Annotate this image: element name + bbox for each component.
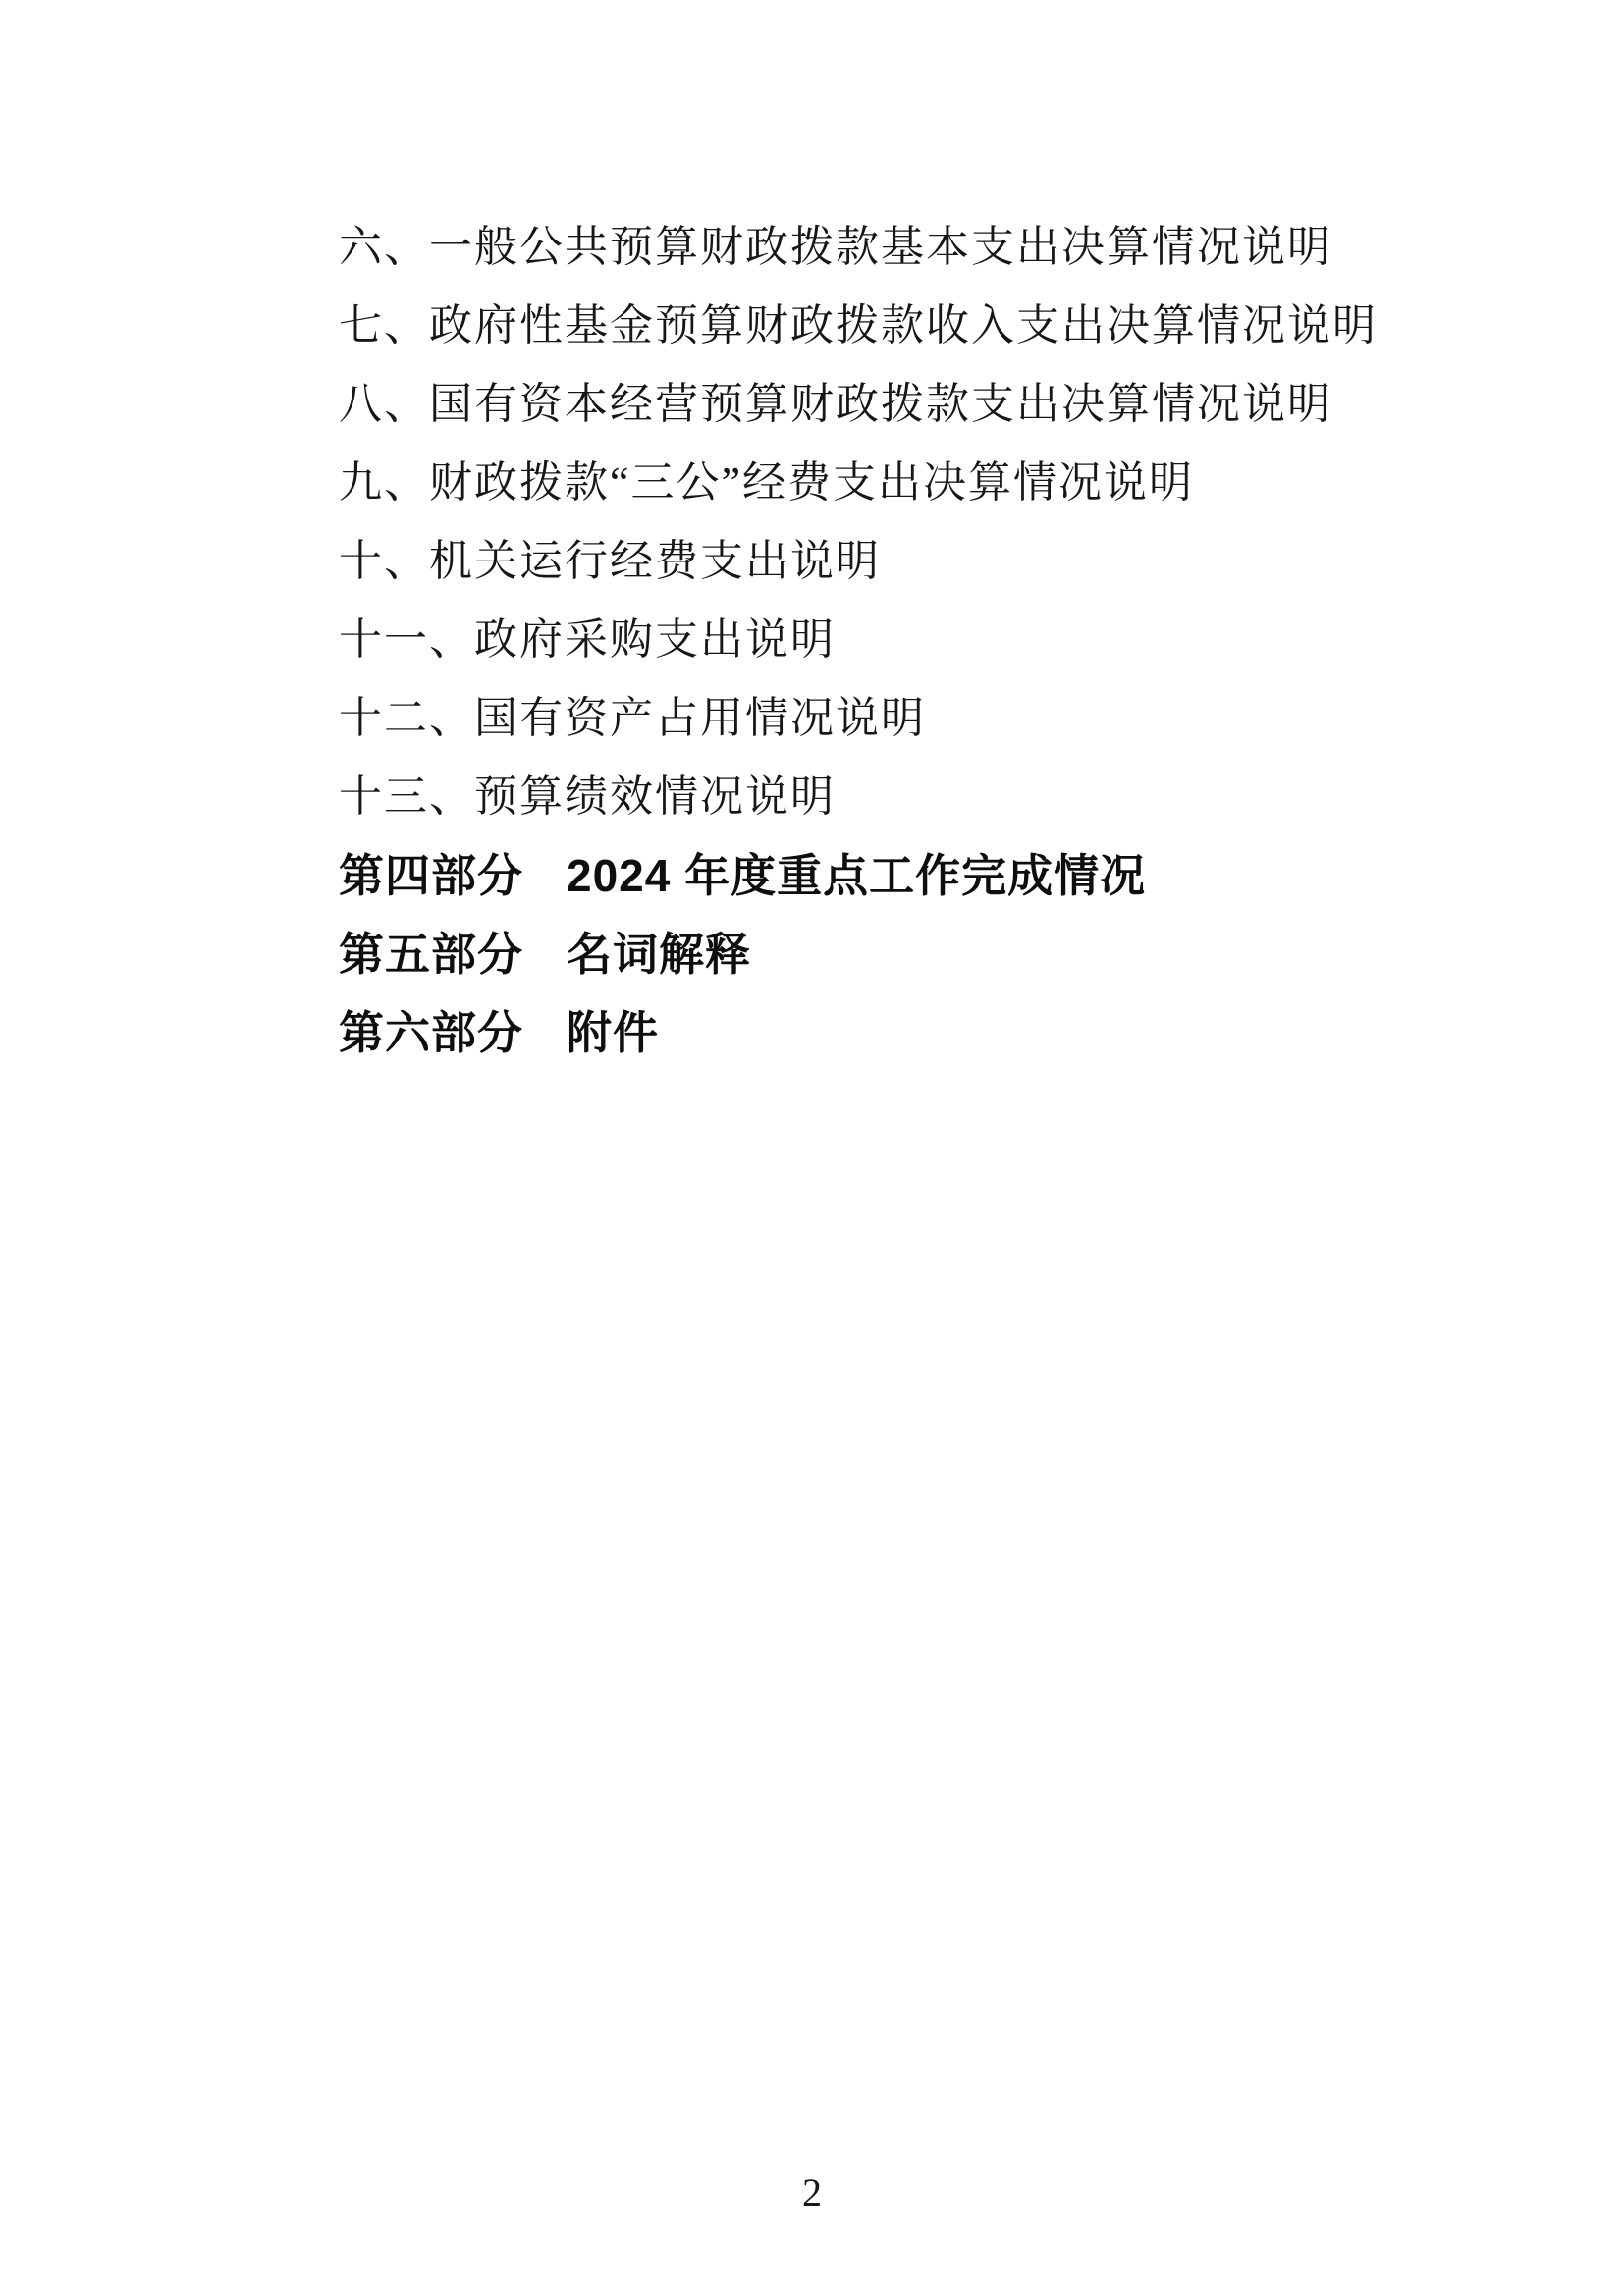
- section-title: 附件: [567, 1007, 659, 1058]
- toc-item: 十二、国有资产占用情况说明: [339, 679, 1378, 758]
- toc-item: 十三、预算绩效情况说明: [339, 758, 1378, 836]
- document-page: 六、一般公共预算财政拨款基本支出决算情况说明 七、政府性基金预算财政拨款收入支出…: [0, 0, 1624, 2296]
- toc-section-heading: 第六部分附件: [339, 993, 1378, 1072]
- table-of-contents: 六、一般公共预算财政拨款基本支出决算情况说明 七、政府性基金预算财政拨款收入支出…: [339, 208, 1378, 1072]
- section-prefix: 第五部分: [339, 929, 523, 980]
- toc-item: 八、国有资本经营预算财政拨款支出决算情况说明: [339, 365, 1378, 444]
- toc-item: 七、政府性基金预算财政拨款收入支出决算情况说明: [339, 287, 1378, 365]
- toc-section-heading: 第五部分名词解释: [339, 915, 1378, 993]
- toc-item: 九、财政拨款“三公”经费支出决算情况说明: [339, 444, 1378, 522]
- section-prefix: 第四部分: [339, 850, 523, 901]
- page-number: 2: [0, 2169, 1624, 2216]
- toc-item: 十、机关运行经费支出说明: [339, 522, 1378, 601]
- toc-item: 六、一般公共预算财政拨款基本支出决算情况说明: [339, 208, 1378, 287]
- section-title: 名词解释: [567, 929, 751, 980]
- section-prefix: 第六部分: [339, 1007, 523, 1058]
- toc-section-heading: 第四部分2024 年度重点工作完成情况: [339, 836, 1378, 915]
- section-title: 2024 年度重点工作完成情况: [567, 850, 1146, 901]
- toc-item: 十一、政府采购支出说明: [339, 601, 1378, 679]
